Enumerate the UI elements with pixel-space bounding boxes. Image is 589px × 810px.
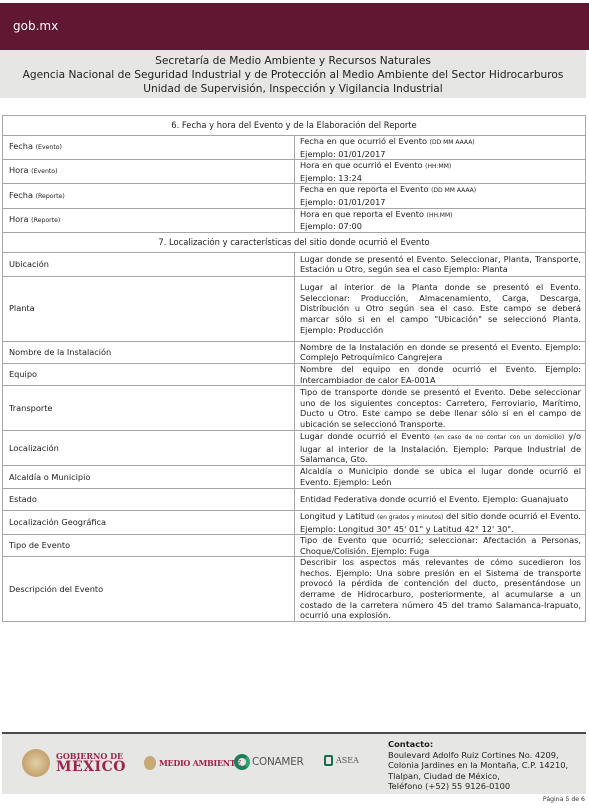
field-label: Hora (Reporte) <box>3 208 295 232</box>
table-row: Hora (Reporte)Hora en que reporta el Eve… <box>3 208 586 232</box>
field-description: Nombre del equipo en donde ocurrió el Ev… <box>295 363 586 385</box>
field-description: Lugar al interior de la Planta donde se … <box>295 276 586 341</box>
asea-shield-icon <box>324 755 333 766</box>
field-label: Localización Geográfica <box>3 510 295 534</box>
conamer-logo: CONAMER <box>234 754 304 770</box>
table-row: Alcaldía o MunicipioAlcaldía o Municipio… <box>3 465 586 488</box>
format-hint: (HH:MM) <box>425 163 451 170</box>
gob-mx-brand[interactable]: gob.mx <box>13 19 58 33</box>
field-description: Hora en que ocurrió el Evento (HH:MM)Eje… <box>295 160 586 184</box>
field-label-qualifier: (Evento) <box>36 144 62 151</box>
field-description: Hora en que reporta el Evento (HH.MM)Eje… <box>295 208 586 232</box>
contact-phone: Teléfono (+52) 55 9126-0100 <box>388 781 568 792</box>
field-label: Estado <box>3 488 295 510</box>
section-header-row: 6. Fecha y hora del Evento y de la Elabo… <box>3 116 586 136</box>
contact-title: Contacto: <box>388 739 568 750</box>
section-header-row: 7. Localización y características del si… <box>3 232 586 252</box>
format-hint: (DD MM AAAA) <box>430 139 475 146</box>
format-hint: (DD MM AAAA) <box>431 187 476 194</box>
page-number: Página 5 de 6 <box>543 796 585 803</box>
field-description: Tipo de transporte donde se presentó el … <box>295 386 586 431</box>
table-row: LocalizaciónLugar donde ocurrió el Event… <box>3 431 586 466</box>
field-description: Tipo de Evento que ocurrió; seleccionar:… <box>295 535 586 557</box>
section-title: 6. Fecha y hora del Evento y de la Elabo… <box>3 116 586 136</box>
agency-line-2: Agencia Nacional de Seguridad Industrial… <box>0 68 586 82</box>
field-label-qualifier: (Evento) <box>31 168 57 175</box>
field-label: Hora (Evento) <box>3 160 295 184</box>
field-label: Equipo <box>3 363 295 385</box>
field-label: Nombre de la Instalación <box>3 341 295 363</box>
format-hint: (HH.MM) <box>427 212 453 219</box>
field-description: Fecha en que ocurrió el Evento (DD MM AA… <box>295 136 586 160</box>
field-description: Fecha en que reporta el Evento (DD MM AA… <box>295 184 586 208</box>
gob-header-bar: gob.mx <box>0 3 589 50</box>
field-description: Alcaldía o Municipio donde se ubica el l… <box>295 465 586 488</box>
national-seal-icon <box>22 749 50 777</box>
section-title: 7. Localización y características del si… <box>3 232 586 252</box>
field-label: Ubicación <box>3 252 295 276</box>
field-description: Lugar donde ocurrió el Evento (en caso d… <box>295 431 586 466</box>
medio-ambiente-seal-icon <box>144 756 156 770</box>
table-row: TransporteTipo de transporte donde se pr… <box>3 386 586 431</box>
field-label: Descripción del Evento <box>3 557 295 622</box>
contact-address-2: Colonia Jardines en la Montaña, C.P. 142… <box>388 760 568 771</box>
field-label: Fecha (Reporte) <box>3 184 295 208</box>
field-description: Entidad Federativa donde ocurrió el Even… <box>295 488 586 510</box>
contact-address-3: Tlalpan, Ciudad de México, <box>388 771 568 782</box>
table-row: Descripción del EventoDescribir los aspe… <box>3 557 586 622</box>
contact-address-1: Boulevard Adolfo Ruiz Cortines No. 4209, <box>388 750 568 761</box>
field-label-qualifier: (Reporte) <box>31 217 60 224</box>
agency-heading: Secretaría de Medio Ambiente y Recursos … <box>0 50 586 98</box>
field-note: (en caso de no contar con un domicilio) <box>434 434 564 441</box>
table-row: UbicaciónLugar donde se presentó el Even… <box>3 252 586 276</box>
field-label: Planta <box>3 276 295 341</box>
field-label-qualifier: (Reporte) <box>36 193 65 200</box>
table-row: Localización GeográficaLongitud y Latitu… <box>3 510 586 534</box>
contact-block: Contacto: Boulevard Adolfo Ruiz Cortines… <box>388 739 568 792</box>
table-row: Tipo de EventoTipo de Evento que ocurrió… <box>3 535 586 557</box>
field-label: Alcaldía o Municipio <box>3 465 295 488</box>
gobierno-mexico-logo: GOBIERNO DE MÉXICO <box>22 749 126 777</box>
field-label: Transporte <box>3 386 295 431</box>
medio-ambiente-logo: MEDIO AMBIENTE <box>144 756 241 770</box>
table-row: EquipoNombre del equipo en donde ocurrió… <box>3 363 586 385</box>
event-report-table: 6. Fecha y hora del Evento y de la Elabo… <box>2 115 586 622</box>
field-label: Localización <box>3 431 295 466</box>
agency-line-3: Unidad de Supervisión, Inspección y Vigi… <box>0 82 586 96</box>
footer: GOBIERNO DE MÉXICO MEDIO AMBIENTE CONAME… <box>2 732 586 794</box>
table-row: Fecha (Evento)Fecha en que ocurrió el Ev… <box>3 136 586 160</box>
table-row: Fecha (Reporte)Fecha en que reporta el E… <box>3 184 586 208</box>
table-row: EstadoEntidad Federativa donde ocurrió e… <box>3 488 586 510</box>
table-row: PlantaLugar al interior de la Planta don… <box>3 276 586 341</box>
gobierno-line2: MÉXICO <box>56 760 126 774</box>
field-label: Tipo de Evento <box>3 535 295 557</box>
agency-line-1: Secretaría de Medio Ambiente y Recursos … <box>0 54 586 68</box>
asea-logo: ASEA <box>324 755 359 766</box>
table-row: Nombre de la InstalaciónNombre de la Ins… <box>3 341 586 363</box>
field-description: Describir los aspectos más relevantes de… <box>295 557 586 622</box>
field-note: (en grados y minutos) <box>377 514 443 521</box>
conamer-mark-icon <box>234 754 250 770</box>
field-description: Longitud y Latitud (en grados y minutos)… <box>295 510 586 534</box>
field-description: Lugar donde se presentó el Evento. Selec… <box>295 252 586 276</box>
field-label: Fecha (Evento) <box>3 136 295 160</box>
table-row: Hora (Evento)Hora en que ocurrió el Even… <box>3 160 586 184</box>
field-description: Nombre de la Instalación en donde se pre… <box>295 341 586 363</box>
